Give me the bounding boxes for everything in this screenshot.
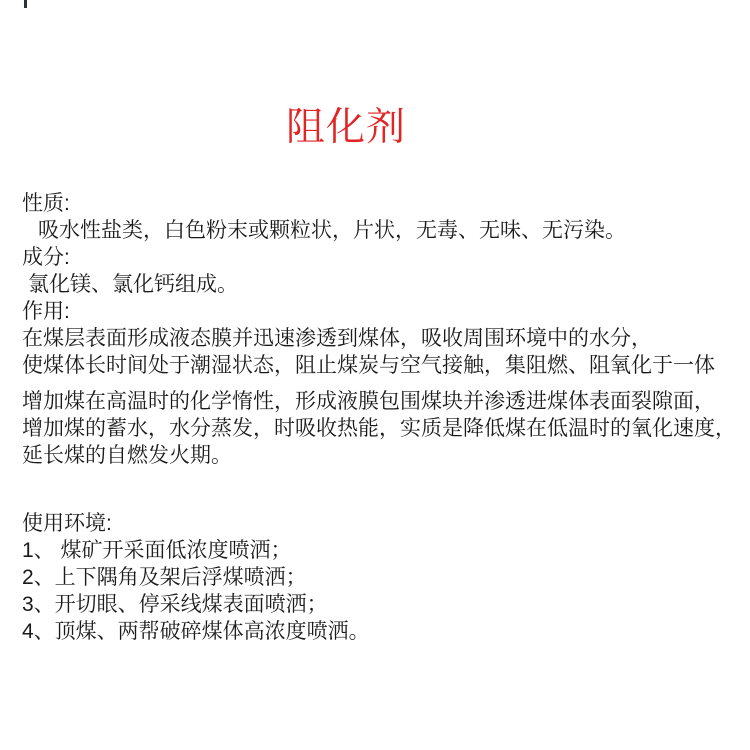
- text-line-function-2: 使煤体长时间处于潮湿状态，阻止煤炭与空气接触，集阻燃、阻氧化于一体: [22, 352, 738, 379]
- document-body: 性质: 吸水性盐类，白色粉末或颗粒状，片状，无毒、无味、无污染。 成分: 氯化镁…: [22, 190, 738, 645]
- text-line-function-1: 在煤层表面形成液态膜并迅速渗透到煤体，吸收周围环境中的水分，: [22, 325, 738, 352]
- text-line-properties: 吸水性盐类，白色粉末或颗粒状，片状，无毒、无味、无污染。: [22, 217, 738, 244]
- section-heading-usage: 使用环境:: [22, 510, 738, 537]
- usage-list-item-2: 2、上下隅角及架后浮煤喷洒；: [22, 564, 738, 591]
- document-page: 阻化剂 性质: 吸水性盐类，白色粉末或颗粒状，片状，无毒、无味、无污染。 成分:…: [0, 0, 750, 750]
- section-heading-composition: 成分:: [22, 244, 738, 271]
- section-heading-function: 作用:: [22, 298, 738, 325]
- text-line-function-3: 增加煤在高温时的化学惰性，形成液膜包围煤块并渗透进煤体表面裂隙面，: [22, 388, 738, 415]
- text-line-function-4: 增加煤的蓄水，水分蒸发，时吸收热能，实质是降低煤在低温时的氧化速度，: [22, 415, 738, 442]
- usage-environment-section: 使用环境: 1、 煤矿开采面低浓度喷洒； 2、上下隅角及架后浮煤喷洒； 3、开切…: [22, 510, 738, 645]
- usage-list-item-1: 1、 煤矿开采面低浓度喷洒；: [22, 537, 738, 564]
- usage-list-item-4: 4、顶煤、两帮破碎煤体高浓度喷洒。: [22, 618, 738, 645]
- stray-cursor-mark: [24, 0, 27, 8]
- page-title: 阻化剂: [0, 96, 692, 152]
- text-line-function-5: 延长煤的自燃发火期。: [22, 442, 738, 469]
- section-heading-properties: 性质:: [22, 190, 738, 217]
- function-paragraph-2: 增加煤在高温时的化学惰性，形成液膜包围煤块并渗透进煤体表面裂隙面， 增加煤的蓄水…: [22, 388, 738, 469]
- text-line-composition: 氯化镁、氯化钙组成。: [22, 271, 738, 298]
- usage-list-item-3: 3、开切眼、停采线煤表面喷洒；: [22, 591, 738, 618]
